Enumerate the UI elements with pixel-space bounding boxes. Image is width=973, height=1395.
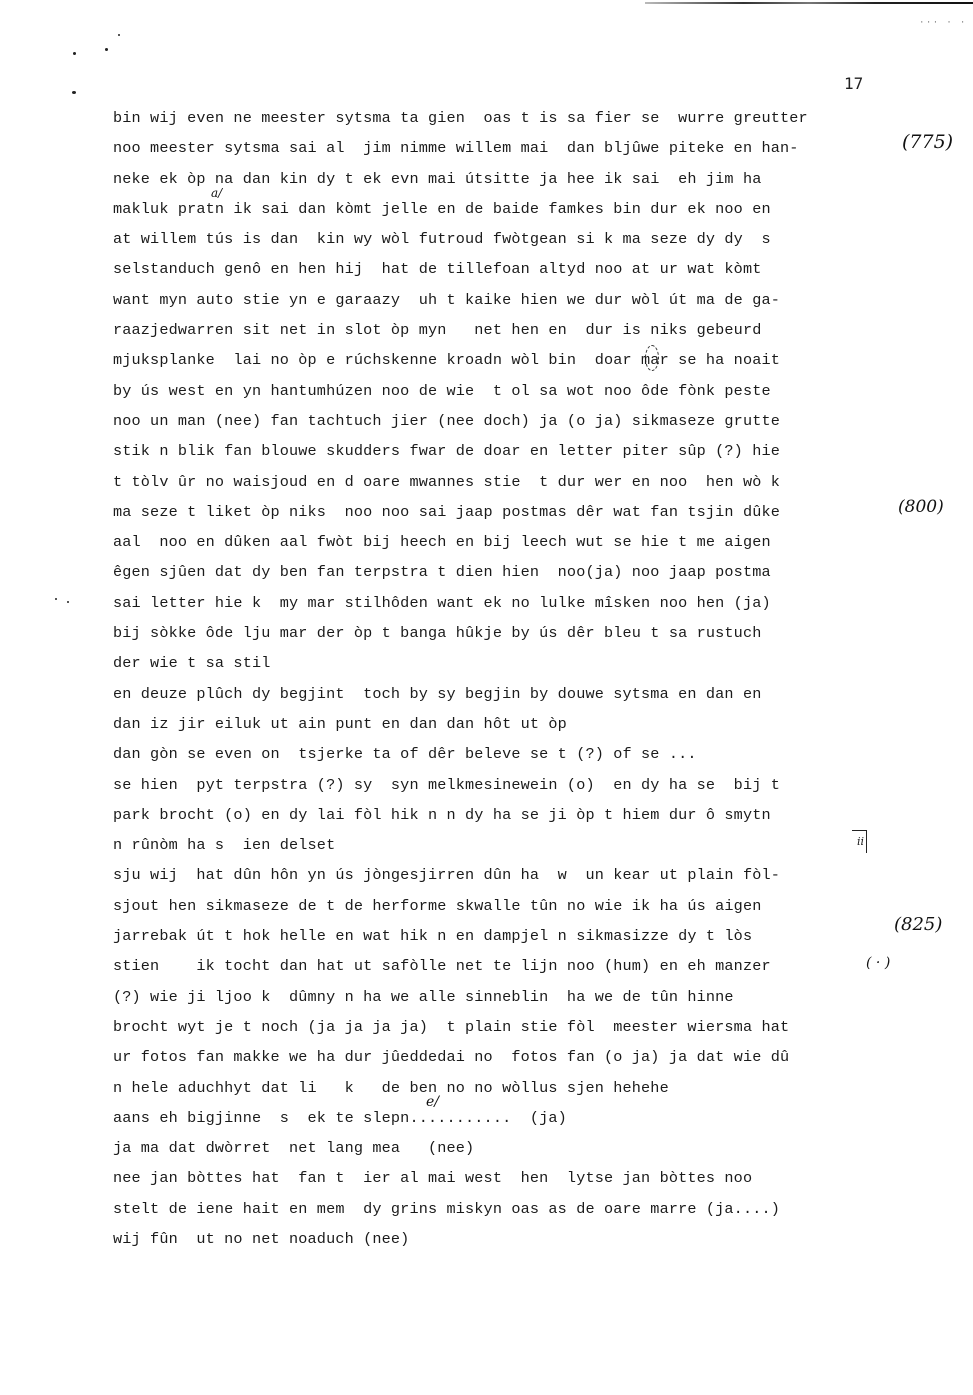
transcript-line: brocht wyt je t noch (ja ja ja ja) t pla… [113, 1016, 903, 1046]
transcript-line: noo meester sytsma sai al jim nimme will… [113, 137, 903, 167]
transcript-line: aans eh bigjinne s ek te slepn..........… [113, 1107, 903, 1137]
scan-speck [72, 91, 76, 94]
transcript-line: raazjedwarren sit net in slot òp myn net… [113, 319, 903, 349]
transcript-line: sjout hen sikmaseze de t de herforme skw… [113, 895, 903, 925]
scan-speck [55, 598, 57, 600]
transcript-line: (?) wie ji ljoo k dûmny n ha we alle sin… [113, 986, 903, 1016]
transcript-line: êgen sjûen dat dy ben fan terpstra t die… [113, 561, 903, 591]
transcript-line: want myn auto stie yn e garaazy uh t kai… [113, 289, 903, 319]
top-edge-specks: ··· · · [919, 18, 967, 27]
transcript-line: ma seze t liket òp niks noo noo sai jaap… [113, 501, 903, 531]
scan-speck [118, 34, 120, 36]
transcript-line: dan gòn se even on tsjerke ta of dêr bel… [113, 743, 903, 773]
transcript-line: jarrebak út t hok helle en wat hik n en … [113, 925, 903, 955]
transcript-line: neke ek òp na dan kin dy t ek evn mai út… [113, 168, 903, 198]
transcript-line: n rûnòm ha s ien delset [113, 834, 903, 864]
scan-speck [105, 48, 108, 51]
transcript-line: der wie t sa stil [113, 652, 903, 682]
transcript-line: mjuksplanke lai no òp e rúchskenne kroad… [113, 349, 903, 379]
transcript-line: stien ik tocht dan hat ut safòlle net te… [113, 955, 903, 985]
transcript-line: park brocht (o) en dy lai fòl hik n n dy… [113, 804, 903, 834]
transcript-body: bin wij even ne meester sytsma ta gien o… [113, 107, 903, 1258]
transcript-line: n hele aduchhyt dat li k de ben no no wò… [113, 1077, 903, 1107]
transcript-line: stelt de iene hait en mem dy grins misky… [113, 1198, 903, 1228]
transcript-line: nee jan bòttes hat fan t ier al mai west… [113, 1167, 903, 1197]
page-number: 17 [844, 74, 863, 93]
margin-timestamp-775: (775) [902, 131, 953, 153]
transcript-line: wij fûn ut no net noaduch (nee) [113, 1228, 903, 1258]
transcript-line: sai letter hie k my mar stilhôden want e… [113, 592, 903, 622]
transcript-line: ur fotos fan makke we ha dur jûeddedai n… [113, 1046, 903, 1076]
transcript-line: by ús west en yn hantumhúzen noo de wie … [113, 380, 903, 410]
transcript-line: selstanduch genô en hen hij hat de tille… [113, 258, 903, 288]
transcript-line: en deuze plûch dy begjint toch by sy beg… [113, 683, 903, 713]
transcript-line: t tòlv ûr no waisjoud en d oare mwannes … [113, 471, 903, 501]
transcript-line: bin wij even ne meester sytsma ta gien o… [113, 107, 903, 137]
transcript-line: at willem tús is dan kin wy wòl futroud … [113, 228, 903, 258]
transcript-line: stik n blik fan blouwe skudders fwar de … [113, 440, 903, 470]
margin-timestamp-800: (800) [898, 497, 944, 517]
transcript-line: ja ma dat dwòrret net lang mea (nee) [113, 1137, 903, 1167]
transcript-line: sju wij hat dûn hôn yn ús jòngesjirren d… [113, 864, 903, 894]
transcript-line: se hien pyt terpstra (?) sy syn melkmesi… [113, 774, 903, 804]
transcript-line: aal noo en dûken aal fwòt bij heech en b… [113, 531, 903, 561]
scan-speck [67, 601, 69, 603]
scan-speck [73, 52, 76, 55]
top-page-edge-rule [645, 2, 973, 4]
transcript-line: dan iz jir eiluk ut ain punt en dan dan … [113, 713, 903, 743]
transcript-line: makluk pratn ik sai dan kòmt jelle en de… [113, 198, 903, 228]
transcript-line: noo un man (nee) fan tachtuch jier (nee … [113, 410, 903, 440]
transcript-line: bij sòkke ôde lju mar der òp t banga hûk… [113, 622, 903, 652]
